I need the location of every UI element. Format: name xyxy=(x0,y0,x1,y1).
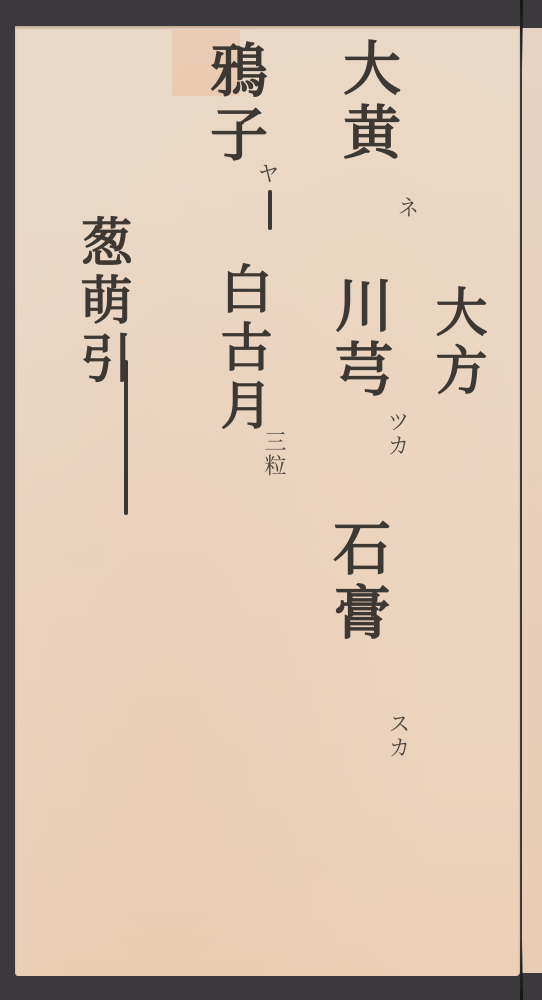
annotation-column-5: ヤ xyxy=(255,162,277,186)
annotation-column-2: ツカ xyxy=(385,410,407,458)
spine-shadow-bottom xyxy=(520,940,523,1000)
annotation-column-4: スカ xyxy=(386,712,408,760)
text-column-7: 葱萌引 xyxy=(75,215,127,389)
annotation-column-6: 三粒 xyxy=(262,430,284,478)
text-column-4: 石膏 xyxy=(328,518,386,646)
text-column-6: 白古月 xyxy=(215,262,267,436)
tail-stroke-7 xyxy=(124,360,128,515)
tail-stroke-5 xyxy=(268,190,272,230)
text-column-5: 鴉子 xyxy=(205,40,263,168)
spine-shadow-top xyxy=(520,0,523,70)
text-column-2: 川芎 xyxy=(330,275,388,403)
annotation-column-1: ネ xyxy=(395,196,417,220)
next-page-edge xyxy=(522,28,542,973)
text-column-1: 大黄 xyxy=(338,38,396,166)
text-column-3: 大方 xyxy=(430,285,482,401)
